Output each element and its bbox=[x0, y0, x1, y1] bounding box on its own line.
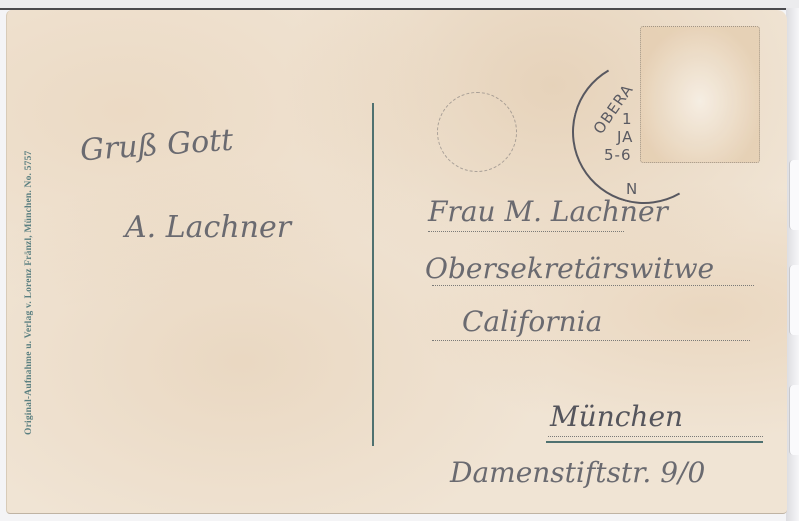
address-dotted-line bbox=[432, 285, 754, 286]
address-line-1: Frau M. Lachner bbox=[428, 195, 668, 228]
address-line-3: California bbox=[462, 305, 602, 338]
binder-tab bbox=[789, 265, 799, 335]
binder-tab bbox=[789, 385, 799, 455]
address-dotted-line bbox=[548, 436, 763, 437]
postmark-day: 1 bbox=[622, 110, 633, 128]
city-underline bbox=[546, 441, 763, 443]
address-line-2: Obersekretärswitwe bbox=[425, 252, 714, 285]
publisher-imprint: Original-Aufnahme u. Verlag v. Lorenz Fr… bbox=[24, 150, 34, 435]
postmark-month: JA bbox=[617, 128, 633, 146]
handwritten-signature: A. Lachner bbox=[125, 210, 291, 245]
address-dotted-line bbox=[432, 340, 750, 341]
address-street: Damenstiftstr. 9/0 bbox=[450, 456, 705, 489]
address-dotted-line bbox=[428, 231, 624, 232]
faint-postmark-icon bbox=[437, 92, 517, 172]
center-divider-line bbox=[372, 103, 374, 446]
postmark-time: 5-6 bbox=[604, 146, 632, 164]
address-city: München bbox=[550, 400, 683, 433]
scanner-top-edge bbox=[0, 0, 799, 10]
binder-tab bbox=[789, 160, 799, 230]
